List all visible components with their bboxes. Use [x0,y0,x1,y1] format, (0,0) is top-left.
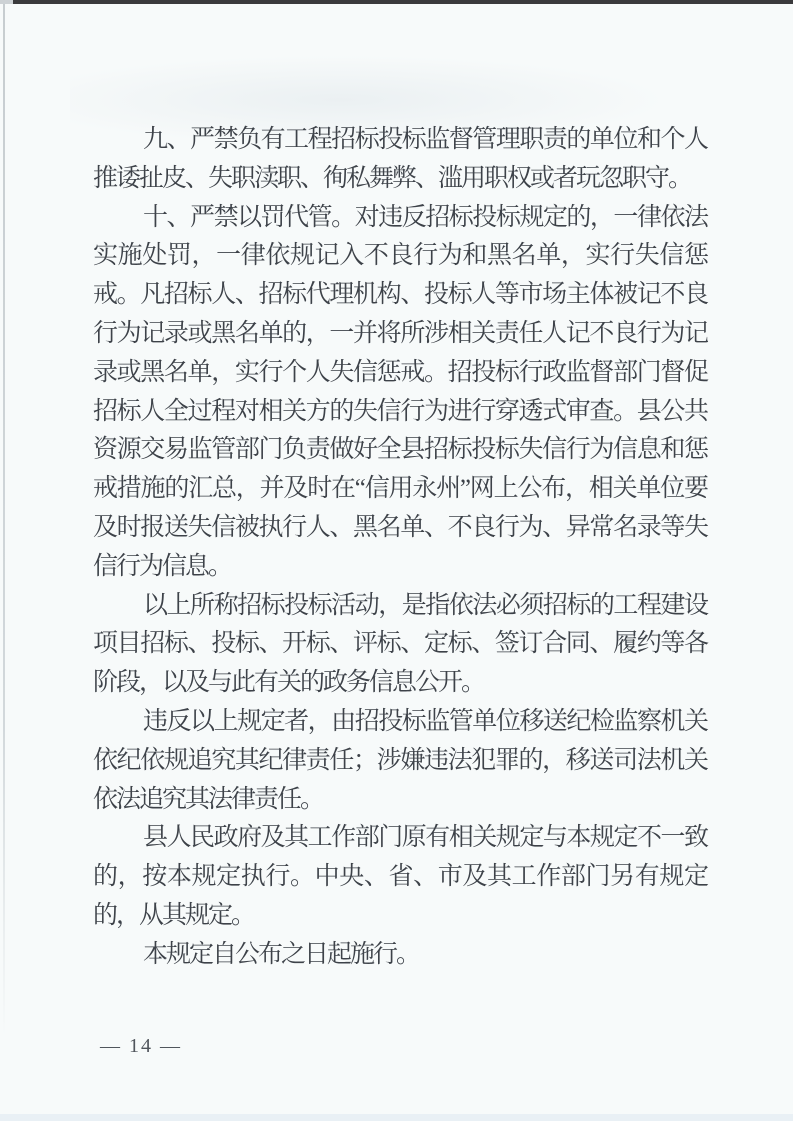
document-body-text: 九、严禁负有工程招标投标监督管理职责的单位和个人推诿扯皮、失职渎职、徇私舞弊、滥… [93,121,707,975]
page-number: — 14 — [100,1035,182,1058]
paragraph: 违反以上规定者，由招投标监管单位移送纪检监察机关依纪依规追究其纪律责任；涉嫌违法… [93,703,707,819]
paragraph: 九、严禁负有工程招标投标监督管理职责的单位和个人推诿扯皮、失职渎职、徇私舞弊、滥… [93,121,707,199]
document-page: 九、严禁负有工程招标投标监督管理职责的单位和个人推诿扯皮、失职渎职、徇私舞弊、滥… [0,0,793,1121]
scan-left-edge-line [3,4,5,1036]
paragraph: 县人民政府及其工作部门原有相关规定与本规定不一致的，按本规定执行。中央、省、市及… [93,819,707,935]
paragraph: 本规定自公布之日起施行。 [93,936,707,975]
paragraph: 十、严禁以罚代管。对违反招标投标规定的，一律依法实施处罚，一律依规记入不良行为和… [93,199,707,587]
scan-bottom-edge-strip [0,1114,793,1121]
paragraph: 以上所称招标投标活动，是指依法必须招标的工程建设项目招标、投标、开标、评标、定标… [93,587,707,703]
scan-top-edge-line [13,0,793,4]
scan-top-edge-light [0,0,13,4]
